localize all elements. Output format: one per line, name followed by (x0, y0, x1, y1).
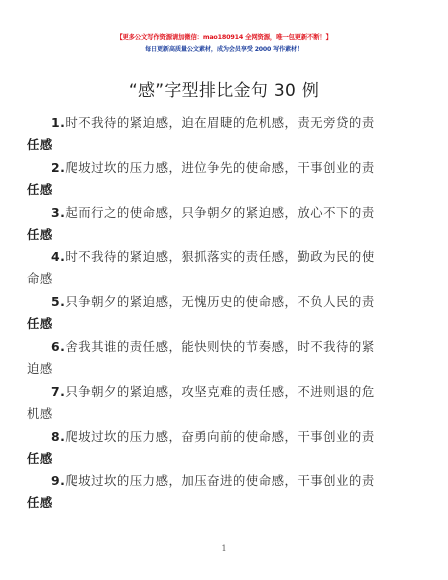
item-number: 8. (51, 429, 65, 444)
item-text: 时不我待的紧迫感，迫在眉睫的危机感，责无旁贷的责 (65, 115, 374, 130)
list-item: 4.时不我待的紧迫感，狠抓落实的责任感，勤政为民的使 命感 (27, 246, 387, 291)
list-item: 6.舍我其谁的责任感，能快则快的节奏感，时不我待的紧 迫感 (27, 336, 387, 381)
item-continuation: 任感 (27, 224, 387, 246)
item-text: 舍我其谁的责任感，能快则快的节奏感，时不我待的紧 (65, 339, 374, 354)
item-number: 6. (51, 339, 65, 354)
item-text: 起而行之的使命感，只争朝夕的紧迫感，放心不下的责 (65, 205, 374, 220)
item-first-line: 2.爬坡过坎的压力感，进位争先的使命感，干事创业的责 (27, 157, 387, 179)
list-item: 3.起而行之的使命感，只争朝夕的紧迫感，放心不下的责 任感 (27, 202, 387, 247)
item-first-line: 4.时不我待的紧迫感，狠抓落实的责任感，勤政为民的使 (27, 246, 387, 268)
item-number: 1. (51, 115, 65, 130)
item-first-line: 7.只争朝夕的紧迫感，攻坚克难的责任感，不进则退的危 (27, 381, 387, 403)
item-first-line: 3.起而行之的使命感，只争朝夕的紧迫感，放心不下的责 (27, 202, 387, 224)
item-first-line: 6.舍我其谁的责任感，能快则快的节奏感，时不我待的紧 (27, 336, 387, 358)
list-item: 2.爬坡过坎的压力感，进位争先的使命感，干事创业的责 任感 (27, 157, 387, 202)
item-text: 时不我待的紧迫感，狠抓落实的责任感，勤政为民的使 (65, 249, 374, 264)
item-number: 3. (51, 205, 65, 220)
item-continuation: 机感 (27, 403, 387, 425)
item-number: 4. (51, 249, 65, 264)
list-item: 8.爬坡过坎的压力感，奋勇向前的使命感，干事创业的责 任感 (27, 426, 387, 471)
document-page: 【更多公文写作资源请加微信：mao180914 全网资源，唯一包更新不断！】 每… (0, 0, 448, 580)
item-first-line: 8.爬坡过坎的压力感，奋勇向前的使命感，干事创业的责 (27, 426, 387, 448)
list-item: 5.只争朝夕的紧迫感，无愧历史的使命感，不负人民的责 任感 (27, 291, 387, 336)
item-text: 爬坡过坎的压力感，奋勇向前的使命感，干事创业的责 (65, 429, 374, 444)
list-item: 1.时不我待的紧迫感，迫在眉睫的危机感，责无旁贷的责 任感 (27, 112, 387, 157)
item-continuation: 任感 (27, 134, 387, 156)
page-number: 1 (0, 544, 448, 553)
item-number: 9. (51, 473, 65, 488)
item-number: 5. (51, 294, 65, 309)
item-continuation: 命感 (27, 268, 387, 290)
item-continuation: 迫感 (27, 358, 387, 380)
item-continuation: 任感 (27, 179, 387, 201)
list-item: 9.爬坡过坎的压力感，加压奋进的使命感，干事创业的责 任感 (27, 470, 387, 515)
promo-banner-line-1: 【更多公文写作资源请加微信：mao180914 全网资源，唯一包更新不断！】 (0, 32, 448, 41)
item-continuation: 任感 (27, 448, 387, 470)
document-title: “感”字型排比金句 30 例 (0, 76, 448, 101)
item-first-line: 5.只争朝夕的紧迫感，无愧历史的使命感，不负人民的责 (27, 291, 387, 313)
item-continuation: 任感 (27, 492, 387, 514)
item-text: 只争朝夕的紧迫感，攻坚克难的责任感，不进则退的危 (65, 384, 374, 399)
item-number: 7. (51, 384, 65, 399)
item-first-line: 1.时不我待的紧迫感，迫在眉睫的危机感，责无旁贷的责 (27, 112, 387, 134)
sentence-list: 1.时不我待的紧迫感，迫在眉睫的危机感，责无旁贷的责 任感 2.爬坡过坎的压力感… (27, 112, 387, 515)
list-item: 7.只争朝夕的紧迫感，攻坚克难的责任感，不进则退的危 机感 (27, 381, 387, 426)
promo-banner-line-2: 每日更新高质量公文素材，成为会员享受 2000 写作素材！ (0, 44, 448, 53)
item-text: 只争朝夕的紧迫感，无愧历史的使命感，不负人民的责 (65, 294, 374, 309)
item-text: 爬坡过坎的压力感，进位争先的使命感，干事创业的责 (65, 160, 374, 175)
item-text: 爬坡过坎的压力感，加压奋进的使命感，干事创业的责 (65, 473, 374, 488)
item-number: 2. (51, 160, 65, 175)
item-continuation: 任感 (27, 313, 387, 335)
item-first-line: 9.爬坡过坎的压力感，加压奋进的使命感，干事创业的责 (27, 470, 387, 492)
